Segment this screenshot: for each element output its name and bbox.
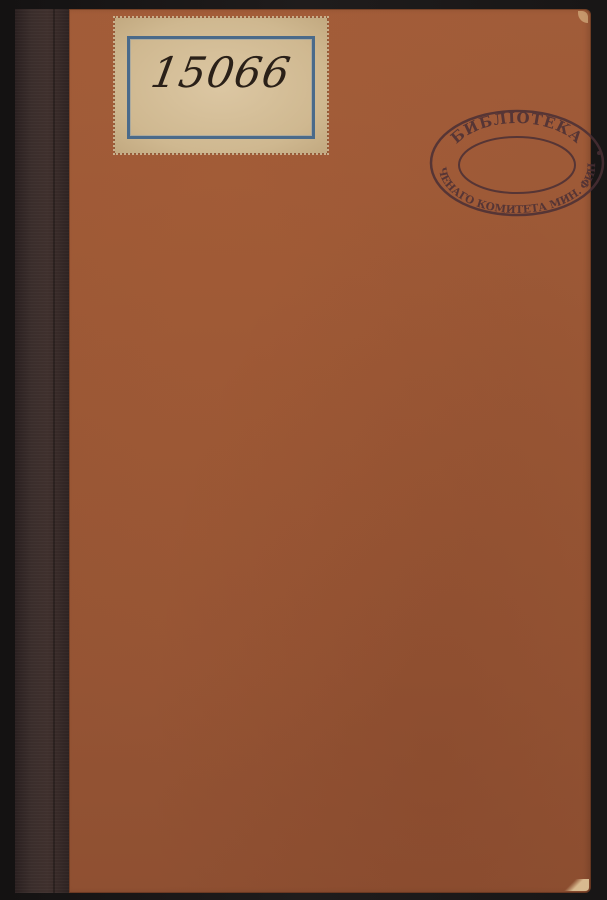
book-spine (15, 9, 70, 893)
book-cover: 15066 БИБЛІОТЕКА УЧЕНАГО КОМИТЕТА МИН. (69, 9, 591, 893)
svg-text:БИБЛІОТЕКА: БИБЛІОТЕКА (447, 109, 587, 148)
stamp-top-text: БИБЛІОТЕКА (447, 109, 587, 148)
corner-wear-top (578, 11, 588, 23)
label-number: 15066 (111, 48, 332, 97)
book: 15066 БИБЛІОТЕКА УЧЕНАГО КОМИТЕТА МИН. (15, 9, 591, 893)
spine-edge (53, 9, 55, 893)
photo-scene: 15066 БИБЛІОТЕКА УЧЕНАГО КОМИТЕТА МИН. (0, 0, 607, 900)
library-stamp: БИБЛІОТЕКА УЧЕНАГО КОМИТЕТА МИН. ФИН. (427, 107, 607, 219)
corner-wear-bottom (559, 879, 589, 891)
stamp-oval-icon: БИБЛІОТЕКА УЧЕНАГО КОМИТЕТА МИН. ФИН. (427, 107, 607, 219)
shelf-label: 15066 (115, 18, 327, 153)
